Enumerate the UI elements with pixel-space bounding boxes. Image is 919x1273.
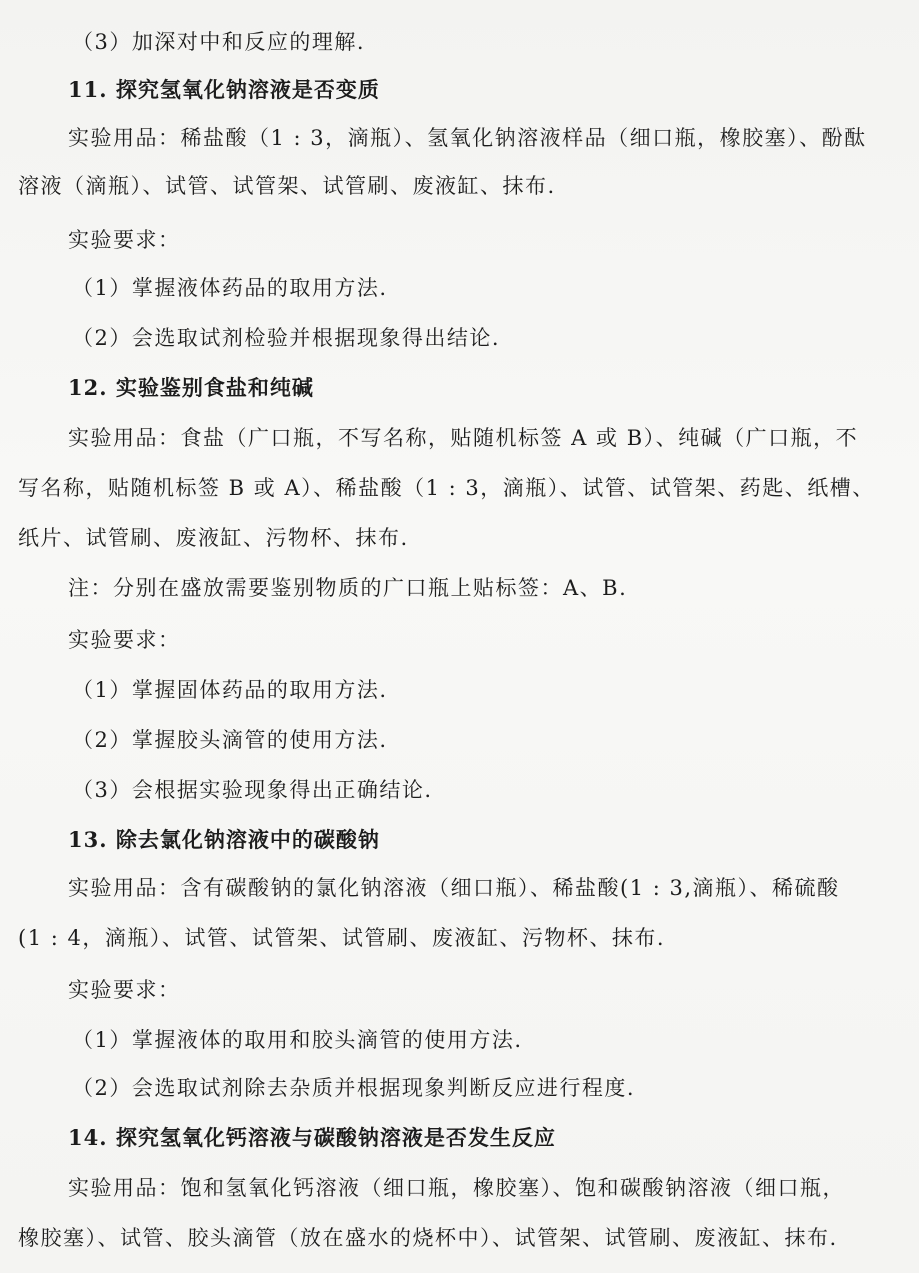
requirement-item: （1）掌握固体药品的取用方法.: [72, 676, 388, 704]
section-heading-13: 13. 除去氯化钠溶液中的碳酸钠: [68, 826, 380, 854]
requirement-item: （2）掌握胶头滴管的使用方法.: [72, 726, 388, 754]
requirement-item: （1）掌握液体的取用和胶头滴管的使用方法.: [72, 1026, 523, 1054]
materials-paragraph: 实验用品：稀盐酸（1 : 3，滴瓶）、氢氧化钠溶液样品（细口瓶，橡胶塞）、酚酞: [68, 124, 867, 152]
section-heading-14: 14. 探究氢氧化钙溶液与碳酸钠溶液是否发生反应: [68, 1124, 556, 1152]
requirement-item: （1）掌握液体药品的取用方法.: [72, 274, 388, 302]
materials-continuation: (1 : 4，滴瓶）、试管、试管架、试管刷、废液缸、污物杯、抹布.: [18, 924, 665, 952]
requirement-item: （2）会选取试剂除去杂质并根据现象判断反应进行程度.: [72, 1074, 635, 1102]
requirements-label: 实验要求：: [68, 226, 181, 254]
materials-continuation: 纸片、试管刷、废液缸、污物杯、抹布.: [18, 524, 409, 552]
requirements-label: 实验要求：: [68, 626, 181, 654]
note-paragraph: 注：分别在盛放需要鉴别物质的广口瓶上贴标签：A、B.: [68, 574, 627, 602]
materials-paragraph: 实验用品：食盐（广口瓶，不写名称，贴随机标签 A 或 B）、纯碱（广口瓶，不: [68, 424, 858, 452]
requirement-item: （2）会选取试剂检验并根据现象得出结论.: [72, 324, 500, 352]
section-heading-12: 12. 实验鉴别食盐和纯碱: [68, 374, 314, 402]
requirement-item: （3）加深对中和反应的理解.: [72, 28, 365, 56]
section-heading-11: 11. 探究氢氧化钠溶液是否变质: [68, 76, 380, 104]
requirement-item: （3）会根据实验现象得出正确结论.: [72, 776, 433, 804]
materials-paragraph: 实验用品：饱和氢氧化钙溶液（细口瓶，橡胶塞）、饱和碳酸钠溶液（细口瓶，: [68, 1174, 845, 1202]
document-page: （3）加深对中和反应的理解. 11. 探究氢氧化钠溶液是否变质 实验用品：稀盐酸…: [0, 0, 919, 1273]
requirements-label: 实验要求：: [68, 976, 181, 1004]
materials-continuation: 溶液（滴瓶）、试管、试管架、试管刷、废液缸、抹布.: [18, 172, 556, 200]
materials-paragraph: 实验用品：含有碳酸钠的氯化钠溶液（细口瓶）、稀盐酸(1 : 3,滴瓶）、稀硫酸: [68, 874, 840, 902]
materials-continuation: 写名称，贴随机标签 B 或 A）、稀盐酸（1 : 3，滴瓶）、试管、试管架、药匙…: [18, 474, 875, 502]
materials-continuation: 橡胶塞）、试管、胶头滴管（放在盛水的烧杯中）、试管架、试管刷、废液缸、抹布.: [18, 1224, 838, 1252]
